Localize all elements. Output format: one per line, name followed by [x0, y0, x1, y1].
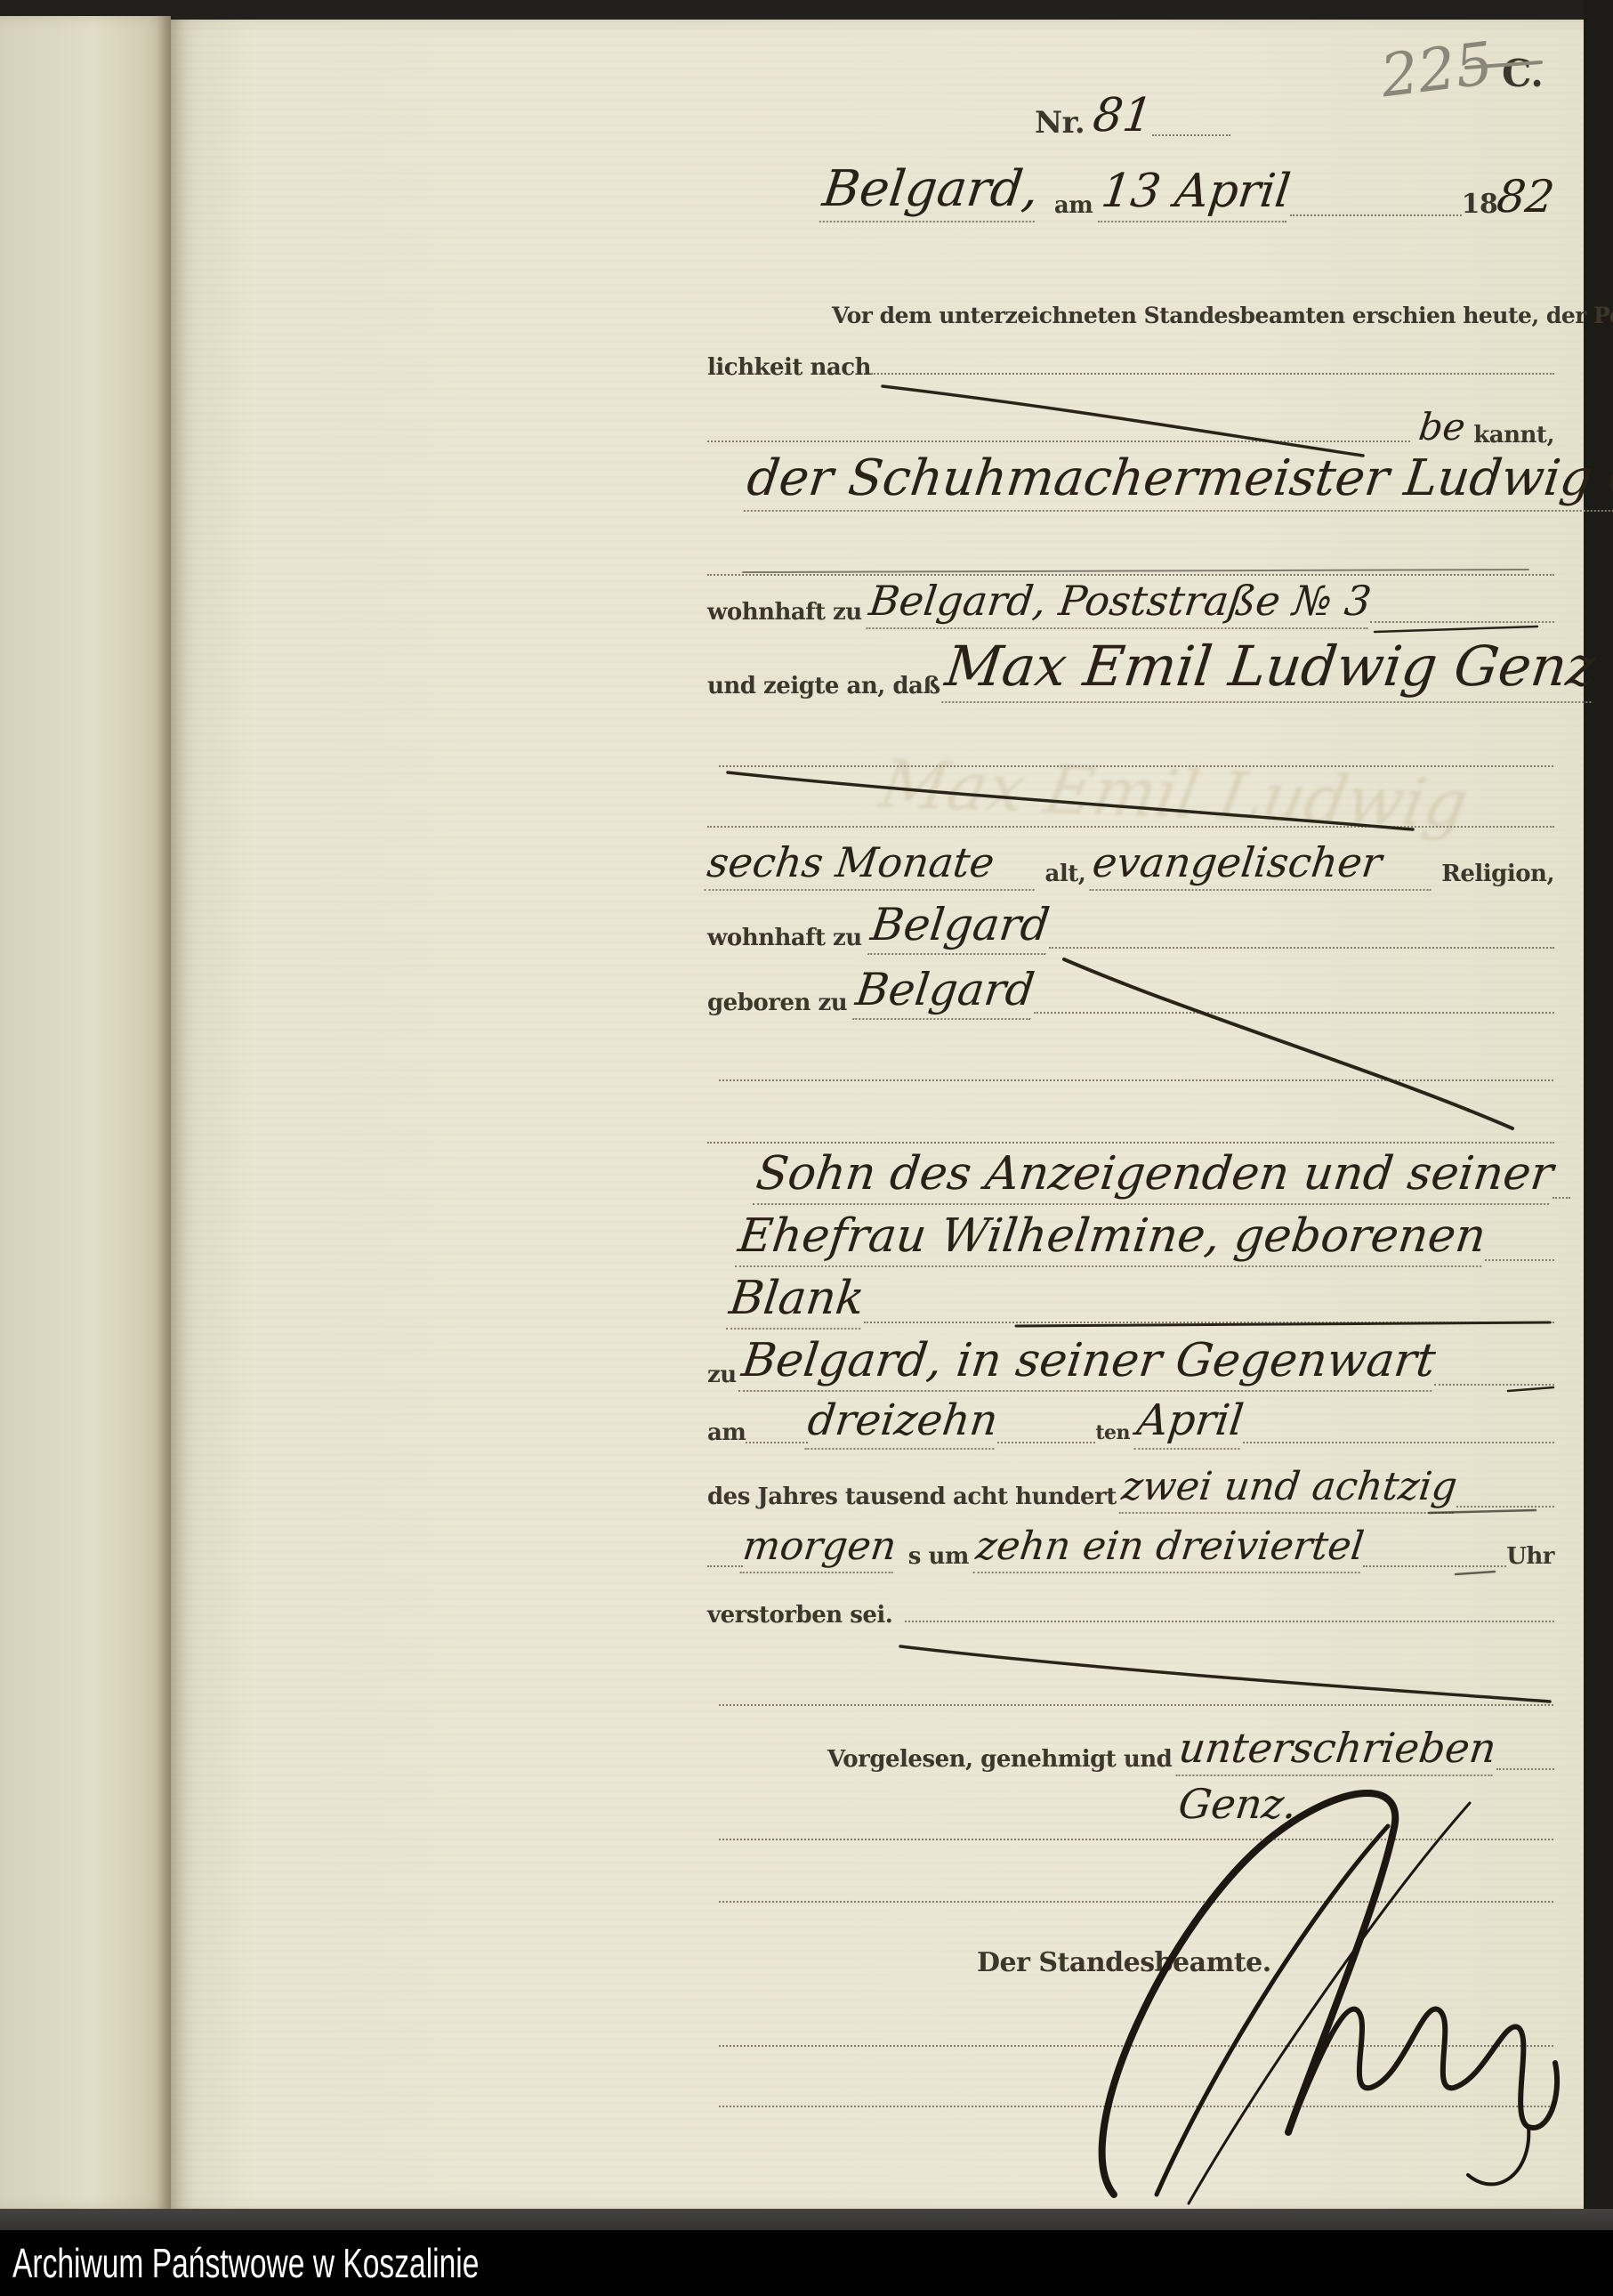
year-hand: 82	[1495, 171, 1558, 222]
place-date-row: Belgard, am 13 April 18 82	[823, 160, 1554, 222]
dotted-line	[707, 1565, 743, 1567]
religion-label: Religion,	[1441, 861, 1554, 887]
parents-line3: Blank	[726, 1272, 867, 1330]
scanned-register-page: Max Emil Ludwig 225 C. Nr. 81 Belgard, a…	[0, 0, 1613, 2296]
dotted-line	[1496, 1768, 1554, 1770]
dotted-line	[1290, 214, 1462, 216]
declarant-name: der Schuhmachermeister Ludwig Genz	[744, 449, 1613, 512]
closing-printed: Vorgelesen, genehmigt und	[827, 1746, 1172, 1773]
religion-value: evangelischer	[1090, 838, 1438, 891]
dotted-line	[905, 1621, 1554, 1622]
closing-row: Vorgelesen, genehmigt und unterschrieben	[827, 1724, 1554, 1776]
declarant-signature: Genz.	[1176, 1780, 1300, 1828]
dotted-line	[997, 1442, 1095, 1443]
ten-suffix: ten	[1095, 1421, 1130, 1444]
intro-line1: Vor dem unterzeichneten Standesbeamten e…	[832, 303, 1613, 328]
parents-line1: Sohn des Anzeigenden und seiner	[753, 1147, 1556, 1205]
scan-top-edge	[0, 0, 1613, 20]
dotted-line	[1243, 1442, 1554, 1443]
known-hand: be	[1416, 405, 1468, 449]
residence-label: wohnhaft zu	[707, 599, 862, 626]
birthplace-label: geboren zu	[707, 990, 847, 1016]
archive-name: Archiwum Państwowe w Koszalinie	[12, 2239, 479, 2287]
dotted-line	[864, 1322, 1554, 1323]
dotted-line	[719, 2106, 1553, 2107]
scan-bottom-strip	[0, 2209, 1613, 2230]
died-row: verstorben sei.	[707, 1602, 1554, 1629]
report-label: und zeigte an, daß	[707, 673, 940, 699]
dotted-line	[719, 2045, 1553, 2047]
dotted-line	[719, 1839, 1553, 1840]
nr-label: Nr.	[1035, 105, 1085, 141]
year-printed: 18	[1462, 189, 1498, 220]
scan-right-edge	[1584, 0, 1613, 2296]
intro-line2-row: lichkeit nach	[707, 354, 1554, 381]
age-label: alt,	[1044, 861, 1085, 887]
death-date-row: am dreizehn ten April	[707, 1395, 1554, 1450]
residence-value: Belgard, Poststraße № 3	[866, 577, 1374, 629]
deceased-name: Max Emil Ludwig Genz	[941, 634, 1600, 703]
previous-page-edge	[0, 16, 171, 2211]
birthplace-row: geboren zu Belgard	[707, 964, 1554, 1020]
place-value: Belgard,	[819, 160, 1042, 222]
death-month: April	[1133, 1395, 1246, 1450]
date-value: 13 April	[1098, 165, 1294, 222]
time-prefix: morgen	[740, 1524, 899, 1573]
record-number-row: Nr. 81	[1035, 89, 1230, 142]
registrar-label: Der Standesbeamte.	[977, 1947, 1271, 1978]
age-religion-row: sechs Monate alt, evangelischer Religion…	[707, 838, 1554, 891]
dotted-line	[1049, 947, 1554, 949]
dotted-line	[1363, 1565, 1506, 1567]
dotted-line	[707, 441, 1410, 442]
known-row: be kannt,	[707, 405, 1554, 449]
parents-row-3: Blank	[730, 1272, 1554, 1330]
dotted-line	[1034, 1012, 1554, 1014]
known-printed: kannt,	[1473, 422, 1554, 449]
residence-row: wohnhaft zu Belgard, Poststraße № 3	[707, 577, 1554, 629]
death-place-row: zu Belgard, in seiner Gegenwart	[707, 1334, 1554, 1392]
dotted-line	[707, 826, 1554, 828]
dotted-line	[719, 765, 1553, 767]
dotted-line	[707, 574, 1554, 576]
intro-line2: lichkeit nach	[707, 354, 871, 381]
page-number-pencil: 225	[1377, 29, 1496, 111]
parents-row-2: Ehefrau Wilhelmine, geborenen	[738, 1209, 1554, 1267]
dotted-line	[719, 1079, 1553, 1081]
death-day: dreizehn	[805, 1395, 1001, 1450]
birthplace-value: Belgard	[852, 964, 1037, 1020]
closing-hand: unterschrieben	[1176, 1724, 1499, 1776]
residence2-row: wohnhaft zu Belgard	[707, 899, 1554, 955]
dotted-line	[719, 1704, 1553, 1706]
am-label: am	[1054, 192, 1093, 219]
dotted-line	[707, 1142, 1554, 1144]
dotted-line	[1456, 1506, 1554, 1508]
parents-row-1: Sohn des Anzeigenden und seiner	[756, 1147, 1554, 1205]
year-line-label: des Jahres tausend acht hundert	[707, 1484, 1117, 1510]
archive-footer-bar: Archiwum Państwowe w Koszalinie	[0, 2230, 1613, 2296]
parents-line2: Ehefrau Wilhelmine, geborenen	[735, 1209, 1488, 1267]
dotted-line	[1434, 1384, 1554, 1386]
death-place-label: zu	[707, 1362, 737, 1388]
died-label: verstorben sei.	[707, 1602, 892, 1629]
declarant-row: der Schuhmachermeister Ludwig Genz	[747, 449, 1554, 512]
death-place-value: Belgard, in seiner Gegenwart	[738, 1334, 1439, 1392]
uhr-label: Uhr	[1506, 1543, 1554, 1570]
dotted-line	[1553, 1197, 1570, 1199]
dotted-line	[746, 1442, 808, 1443]
nr-value: 81	[1091, 89, 1157, 142]
dotted-line	[719, 1901, 1553, 1903]
report-row: und zeigte an, daß Max Emil Ludwig Genz	[707, 634, 1597, 703]
death-year-row: des Jahres tausend acht hundert zwei und…	[707, 1464, 1554, 1514]
time-value: zehn ein dreiviertel	[972, 1524, 1366, 1573]
dotted-line	[1485, 1259, 1554, 1261]
residence2-label: wohnhaft zu	[707, 925, 862, 951]
time-mid-label: s um	[908, 1543, 969, 1570]
page-letter: C.	[1502, 52, 1543, 95]
death-time-row: morgen s um zehn ein dreiviertel Uhr	[707, 1524, 1554, 1573]
death-date-label: am	[707, 1419, 746, 1446]
year-line-value: zwei und achtzig	[1118, 1464, 1459, 1514]
dotted-line	[1152, 134, 1230, 136]
age-value: sechs Monate	[704, 838, 1041, 891]
dotted-line	[1370, 621, 1554, 623]
certificate-page	[171, 20, 1585, 2211]
dotted-line	[871, 373, 1554, 375]
residence2-value: Belgard	[867, 899, 1052, 955]
